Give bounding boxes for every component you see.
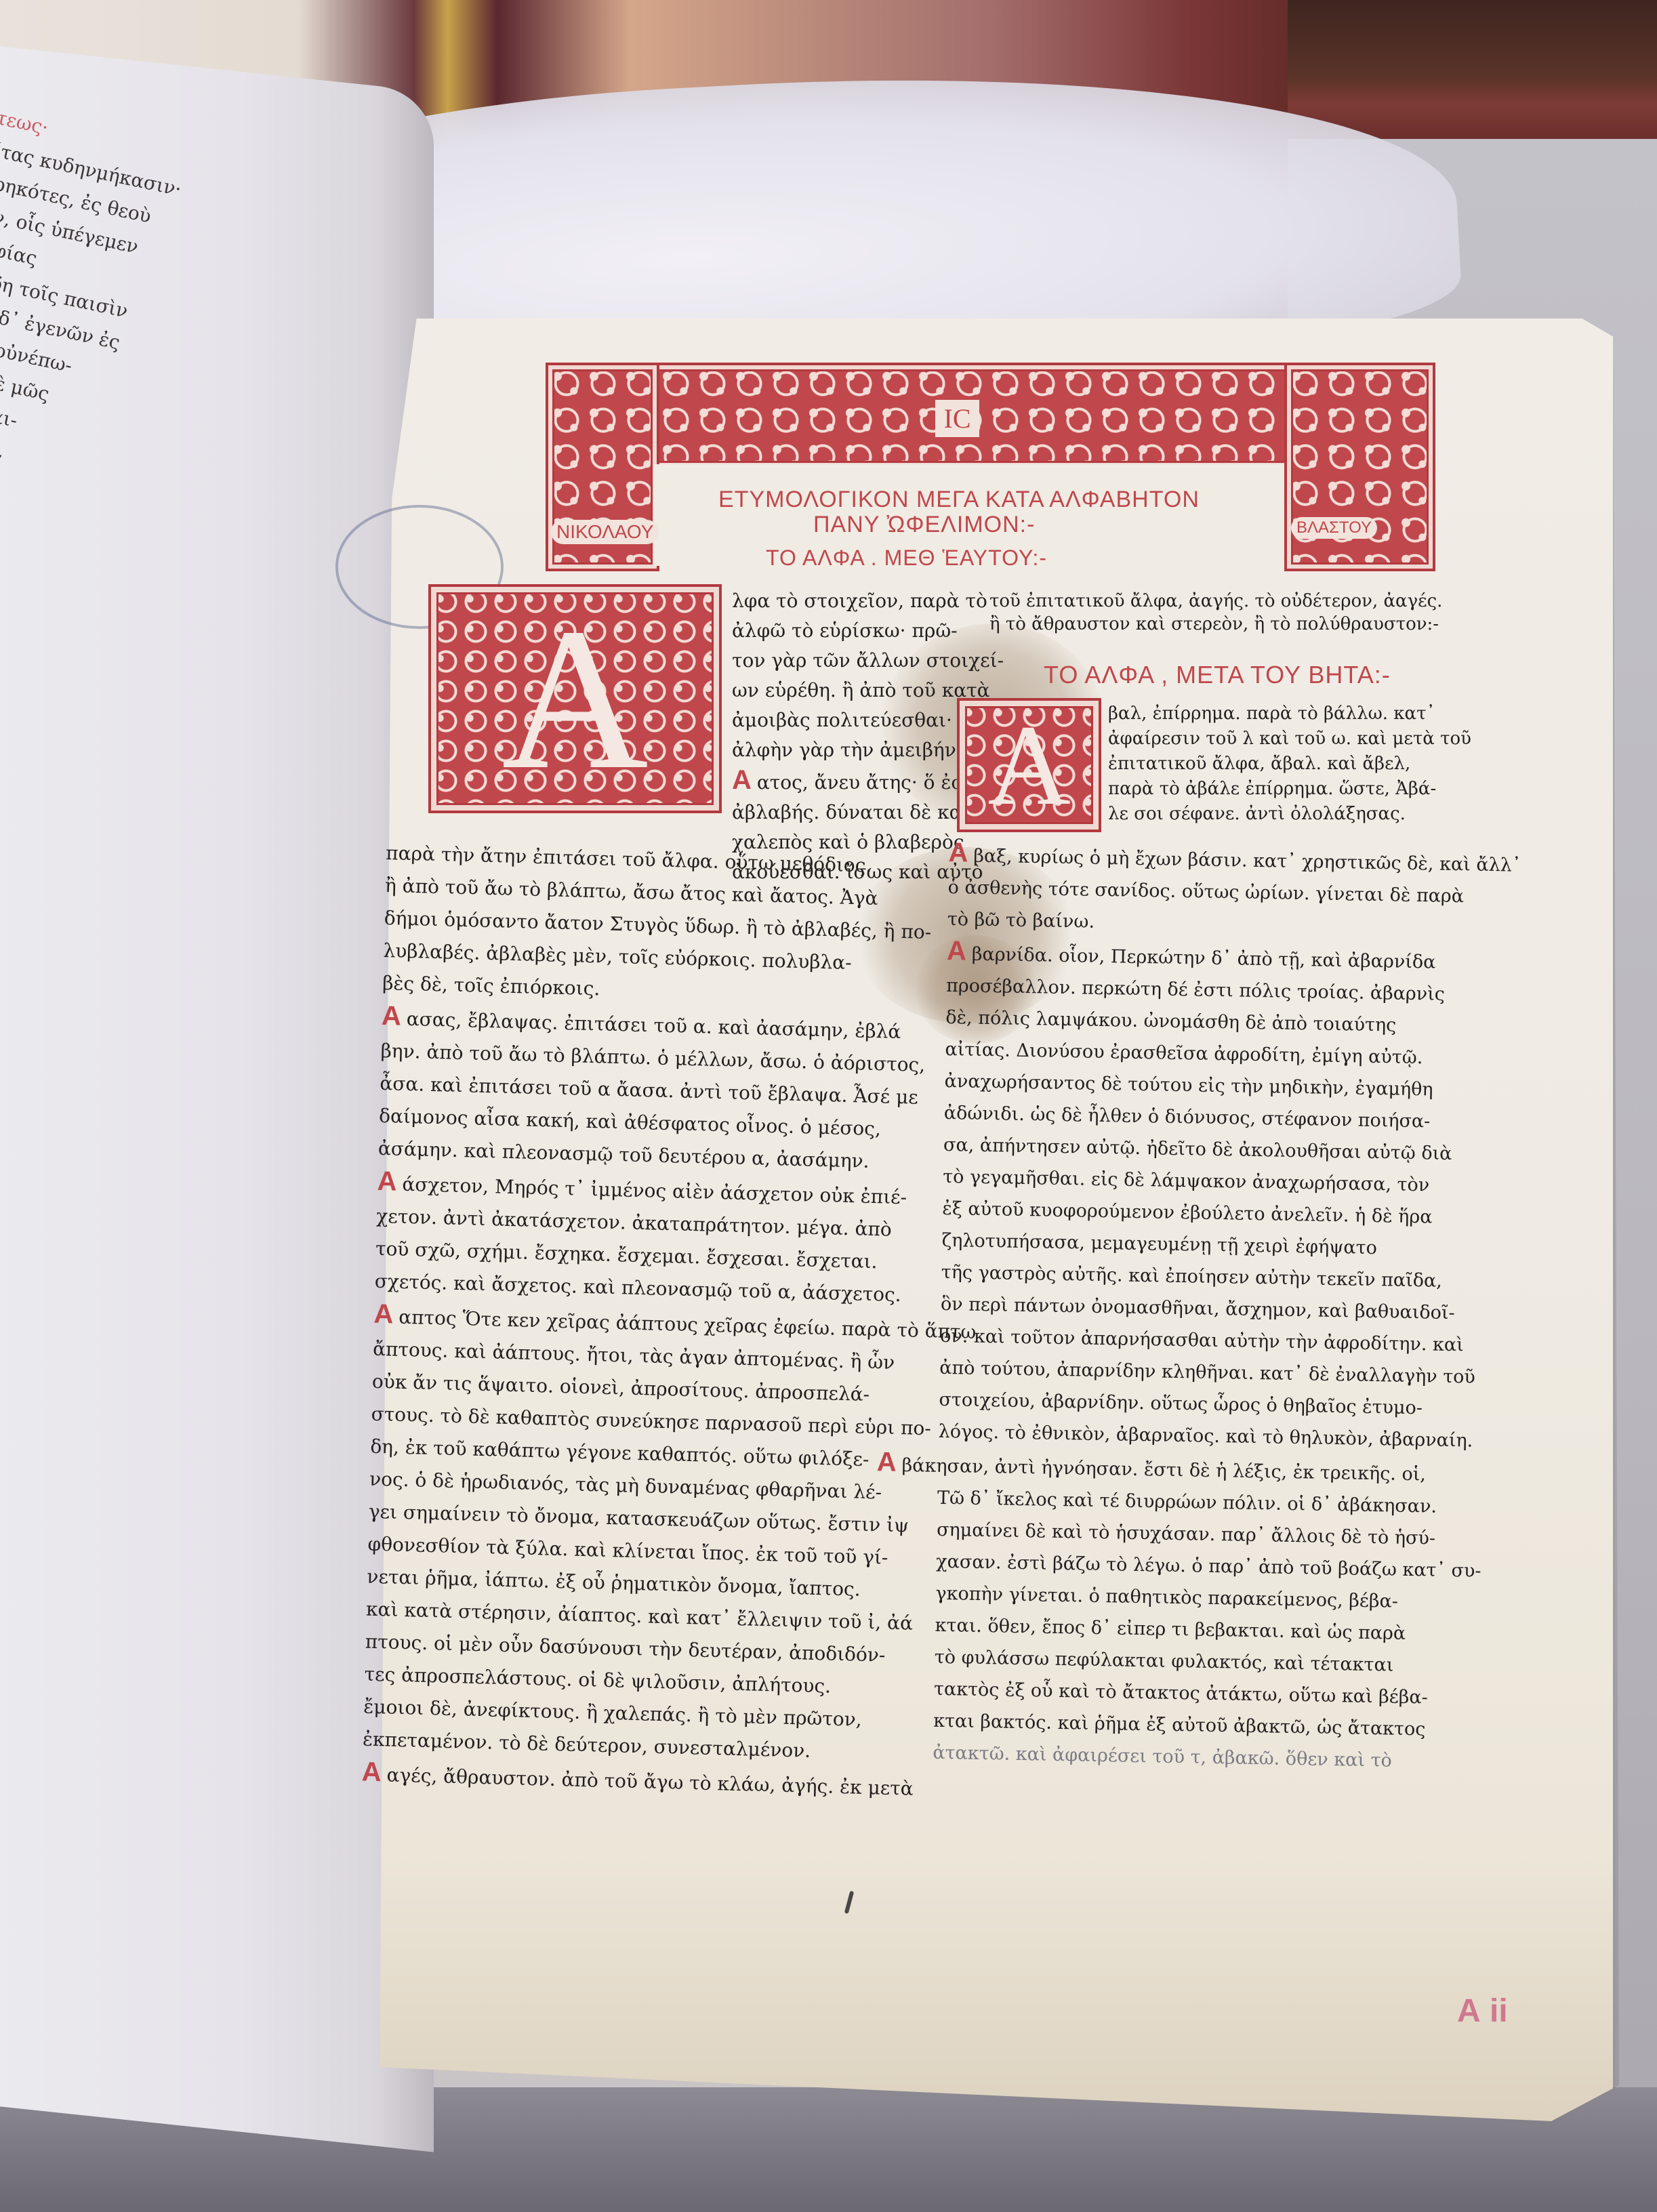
text-line: τον γὰρ τῶν ἄλλων στοιχεί- xyxy=(732,646,1004,676)
background-red-box xyxy=(1288,0,1657,139)
rubric-initial: Α xyxy=(361,1757,382,1788)
right-column-top: τοῦ ἐπιτατικοῦ ἄλφα, ἀαγής. τὸ οὐδέτερον… xyxy=(989,590,1442,636)
right-column-opening: βαλ, ἐπίρρημα. παρὰ τὸ βάλλω. κατ᾽ ἀφαίρ… xyxy=(1108,701,1471,827)
text-line: τοῦ ἐπιτατικοῦ ἄλφα, ἀαγής. τὸ οὐδέτερον… xyxy=(989,590,1442,613)
rubric-initial: Α xyxy=(732,765,752,795)
signature-mark: Α ii xyxy=(1457,1992,1508,2030)
text-line: ἀφαίρεσιν τοῦ λ καὶ τοῦ ω. καὶ μετὰ τοῦ xyxy=(1108,726,1471,752)
rubric-initial: Α xyxy=(877,1447,897,1477)
rubric-initial: Α xyxy=(947,936,967,966)
rubric-initial: Α xyxy=(948,838,968,867)
headpiece-right-label: ΒΛΑΣΤΟΥ xyxy=(1291,517,1377,539)
book-title-line-1: ΕΤΥΜΟΛΟΓΙΚΟΝ ΜΕΓΑ ΚΑΤΑ ΑΛΦΑΒΗΤΟΝ xyxy=(718,487,1200,513)
text-line: λε σοι σέφανε. ἀντὶ ὀλολάξησας. xyxy=(1108,802,1471,827)
rubric-initial: Α xyxy=(382,1001,402,1031)
rubric-initial: Α xyxy=(373,1299,394,1330)
left-column-body: παρὰ τὴν ἄτην ἐπιτάσει τοῦ ἄλφα. οὕτω με… xyxy=(361,837,989,1807)
right-column-body: Αβαξ, κυρίως ὁ μὴ ἔχων βάσιν. κατ᾽ χρηστ… xyxy=(933,837,1521,1779)
decorated-initial-alpha-small: Α xyxy=(957,698,1101,832)
headpiece-left-label: ΝΙΚΟΛΑΟΥ xyxy=(551,520,659,544)
text-line: ἀλφῶ τὸ εὑρίσκω· πρῶ- xyxy=(732,616,1004,646)
text-line: παρὰ τὸ ἀβάλε ἐπίρρημα. ὥστε, Ἀβά- xyxy=(1108,777,1471,802)
text-line: ἢ τὸ ἄθραυστον καὶ στερεὸν, ἢ τὸ πολύθρα… xyxy=(989,613,1442,636)
decorated-initial-alpha: Α xyxy=(428,584,722,813)
text-line: ἐπιτατικοῦ ἄλφα, ἄβαλ. καὶ ἄβελ, xyxy=(1108,752,1471,777)
monogram: IC xyxy=(935,400,979,437)
rubric-initial: Α xyxy=(377,1166,397,1197)
text-line: βαλ, ἐπίρρημα. παρὰ τὸ βάλλω. κατ᾽ xyxy=(1108,701,1471,726)
section-heading-alpha-meth-heautou: ΤΟ ΑΛΦΑ . ΜΕΘ ἙΑΥΤΟΥ:- xyxy=(766,546,1047,571)
section-heading-alpha-meta-beta: ΤΟ ΑΛΦΑ , ΜΕΤΑ ΤΟΥ ΒΗΤΑ:- xyxy=(1044,661,1391,689)
book-title-line-2: ΠΑΝΥ ὨΦΕΛΙΜΟΝ:- xyxy=(813,512,1035,538)
headpiece-right-panel xyxy=(1284,363,1435,571)
text-line: λφα τὸ στοιχεῖον, παρὰ τὸ xyxy=(732,586,1004,616)
